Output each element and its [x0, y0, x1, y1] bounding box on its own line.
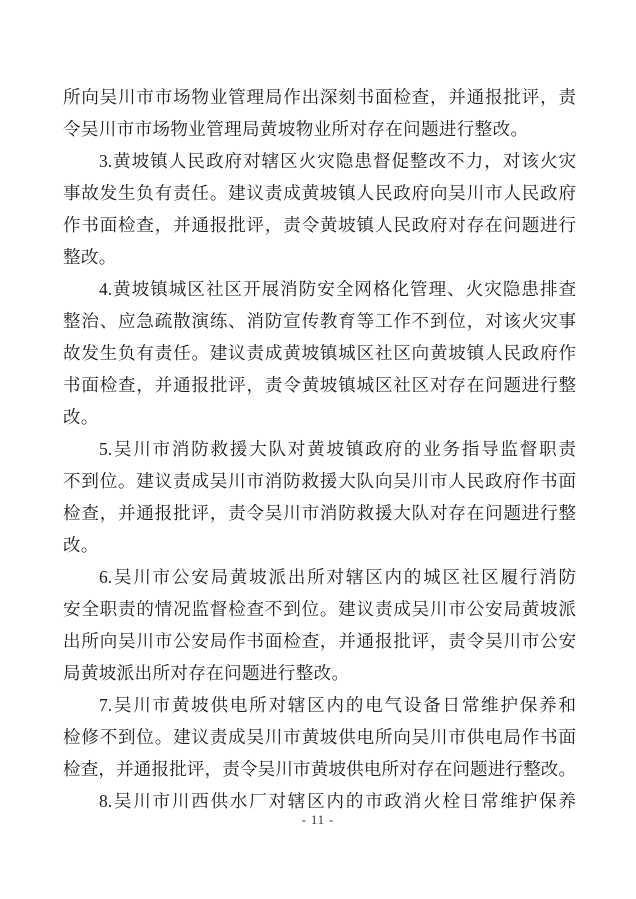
text-line: 所向吴川市市场物业管理局作出深刻书面检查，并通报批评，责 [63, 81, 576, 113]
text-line: 检修不到位。建议责成吴川市黄坡供电所向吴川市供电局作书面 [63, 721, 576, 753]
text-line: 3.黄坡镇人民政府对辖区火灾隐患督促整改不力，对该火灾 [63, 145, 576, 177]
text-line: 5.吴川市消防救援大队对黄坡镇政府的业务指导监督职责 [63, 433, 576, 465]
text-line: 不到位。建议责成吴川市消防救援大队向吴川市人民政府作书面 [63, 465, 576, 497]
text-line: 故发生负有责任。建议责成黄坡镇城区社区向黄坡镇人民政府作 [63, 337, 576, 369]
text-line: 改。 [63, 401, 576, 433]
text-line: 7.吴川市黄坡供电所对辖区内的电气设备日常维护保养和 [63, 689, 576, 721]
page-number: - 11 - [0, 813, 636, 828]
text-line: 安全职责的情况监督检查不到位。建议责成吴川市公安局黄坡派 [63, 593, 576, 625]
text-line: 出所向吴川市公安局作书面检查，并通报批评，责令吴川市公安 [63, 625, 576, 657]
document-page: 所向吴川市市场物业管理局作出深刻书面检查，并通报批评，责 令吴川市市场物业管理局… [0, 0, 636, 899]
text-line: 令吴川市市场物业管理局黄坡物业所对存在问题进行整改。 [63, 113, 576, 145]
text-line: 改。 [63, 529, 576, 561]
text-line: 4.黄坡镇城区社区开展消防安全网格化管理、火灾隐患排查 [63, 273, 576, 305]
document-body: 所向吴川市市场物业管理局作出深刻书面检查，并通报批评，责 令吴川市市场物业管理局… [63, 81, 576, 817]
text-line: 检查，并通报批评，责令吴川市黄坡供电所对存在问题进行整改。 [63, 753, 576, 785]
text-line: 书面检查，并通报批评，责令黄坡镇城区社区对存在问题进行整 [63, 369, 576, 401]
text-line: 6.吴川市公安局黄坡派出所对辖区内的城区社区履行消防 [63, 561, 576, 593]
text-line: 作书面检查，并通报批评，责令黄坡镇人民政府对存在问题进行 [63, 209, 576, 241]
text-line: 局黄坡派出所对存在问题进行整改。 [63, 657, 576, 689]
text-line: 整治、应急疏散演练、消防宣传教育等工作不到位，对该火灾事 [63, 305, 576, 337]
text-line: 整改。 [63, 241, 576, 273]
text-line: 事故发生负有责任。建议责成黄坡镇人民政府向吴川市人民政府 [63, 177, 576, 209]
text-line: 检查，并通报批评，责令吴川市消防救援大队对存在问题进行整 [63, 497, 576, 529]
